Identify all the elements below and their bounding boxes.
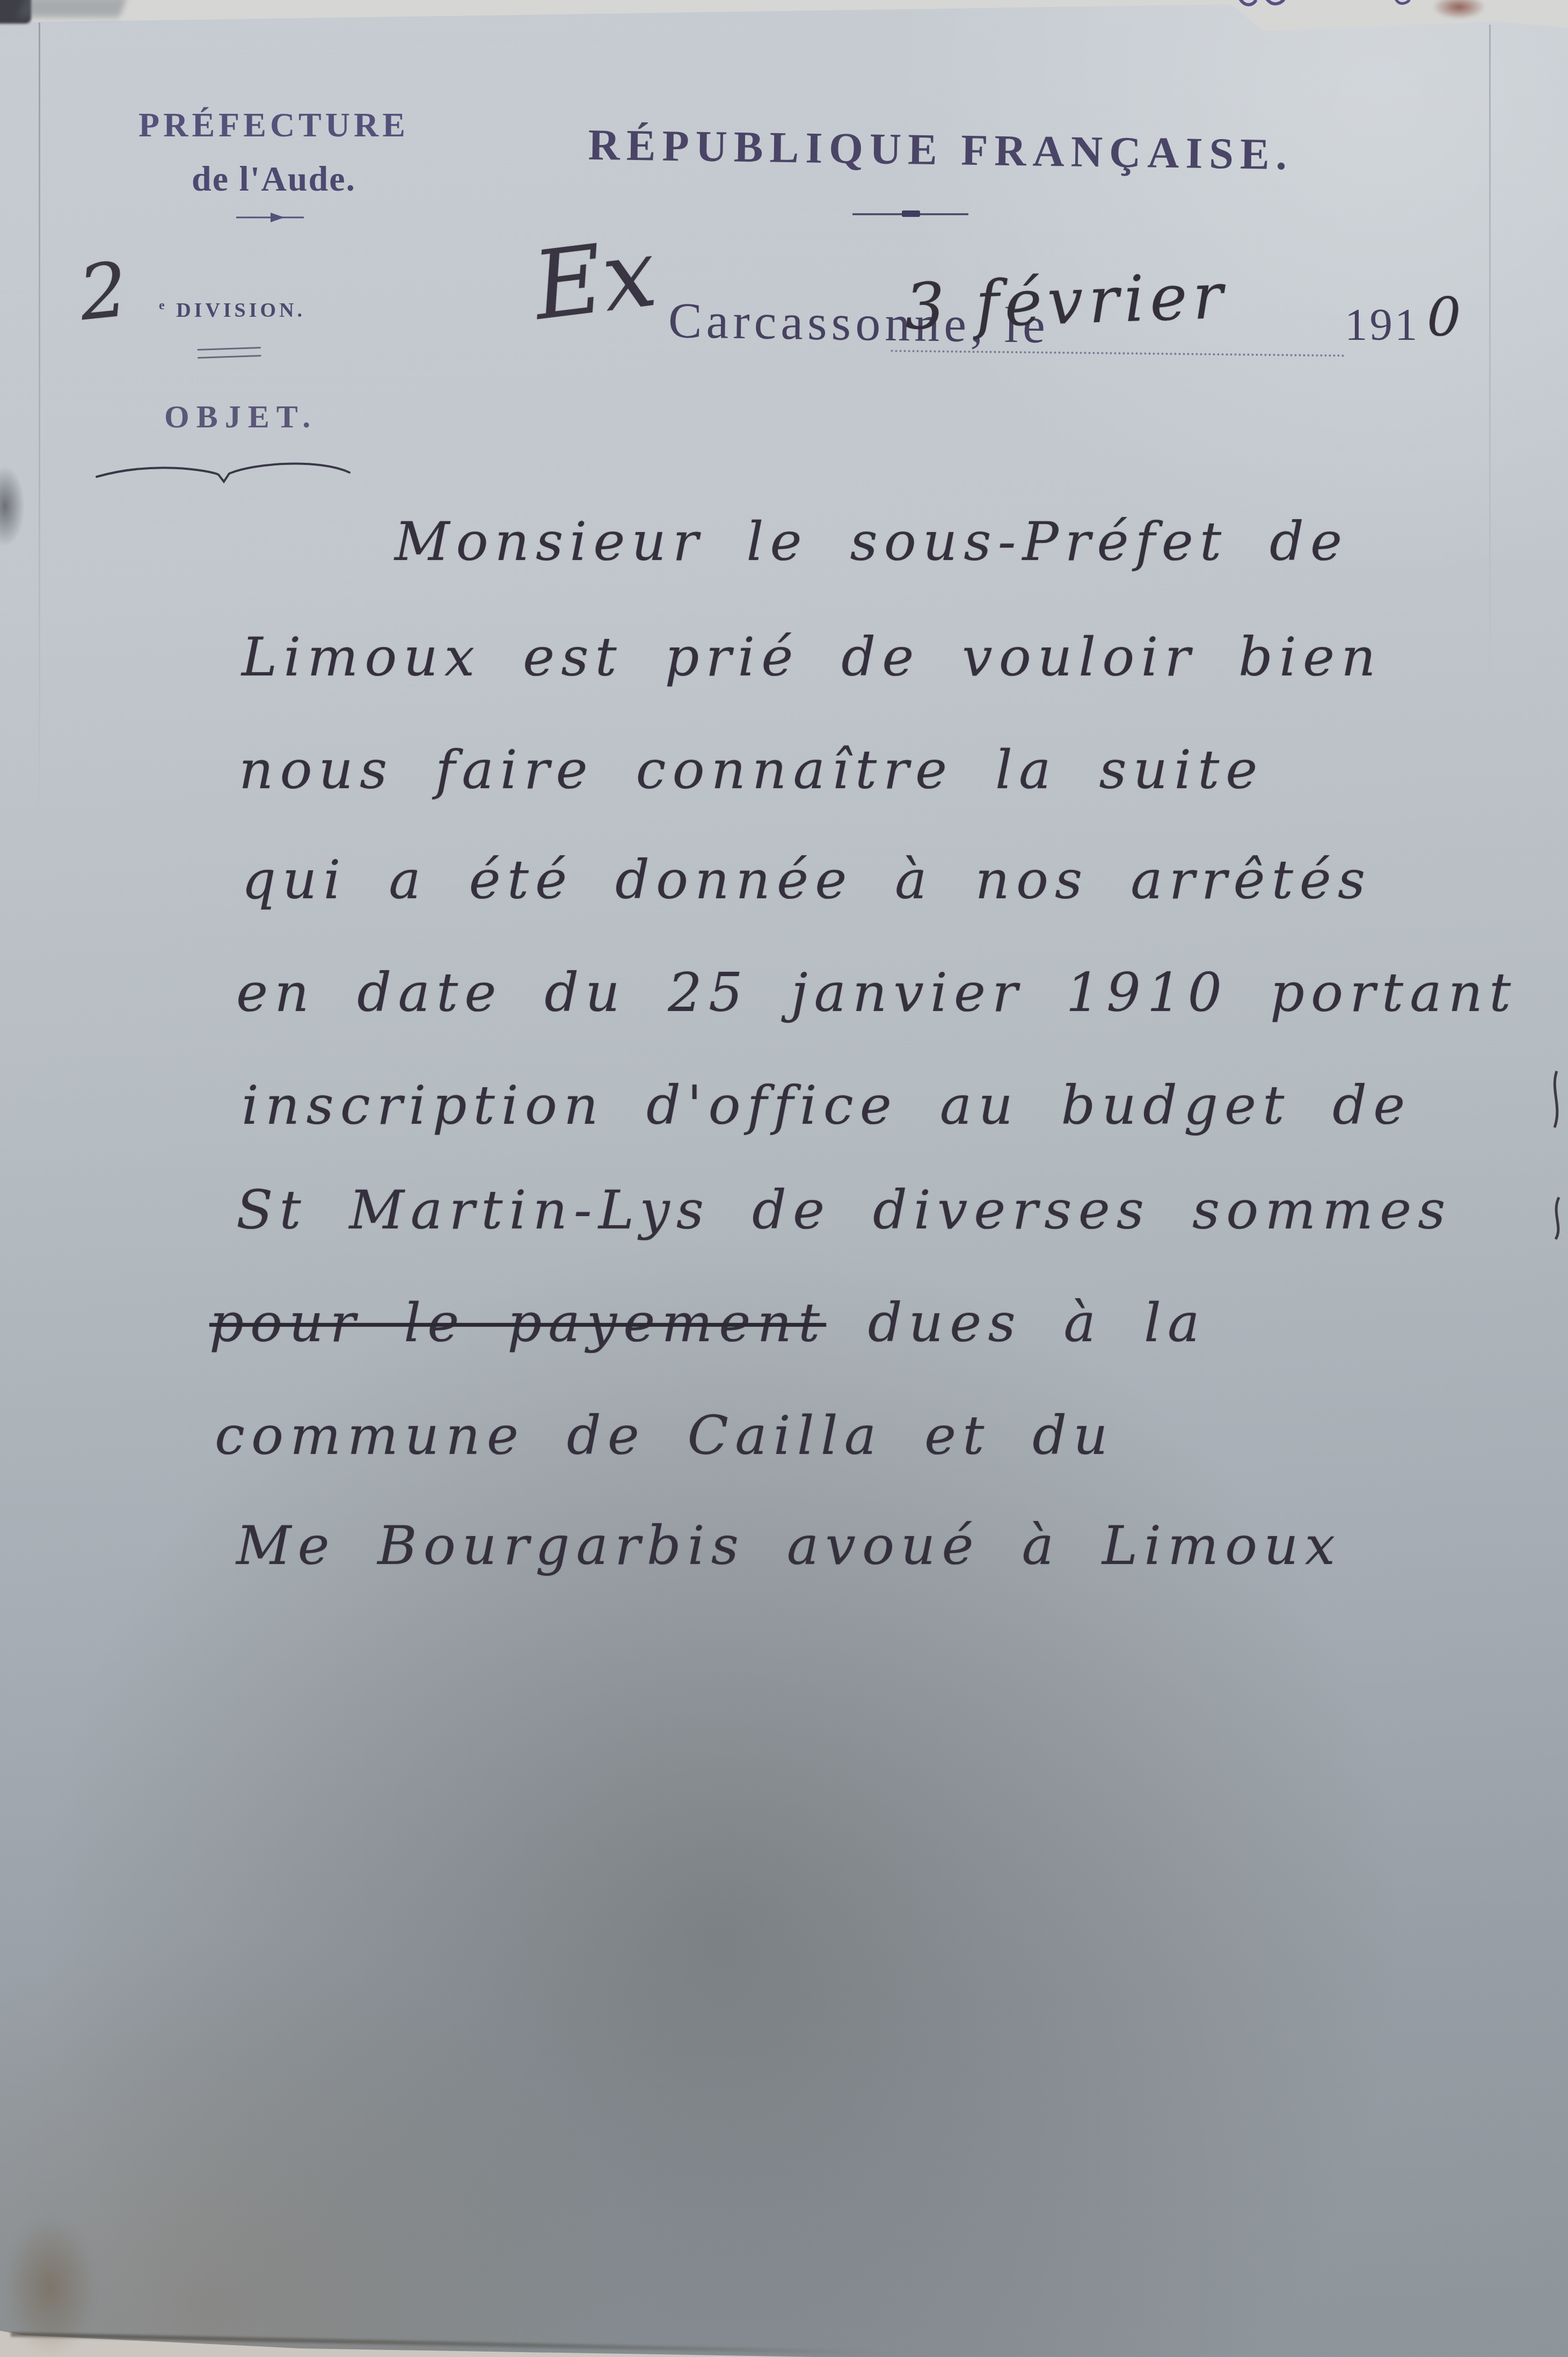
body-line-3: nous faire connaître la suite xyxy=(239,738,1264,801)
photograph-of-letter: PRÉFECTURE de l'Aude. 2 e DIVISION. OBJE… xyxy=(0,0,1568,2357)
left-edge-shadow-blob xyxy=(0,466,25,547)
left-fold-crease xyxy=(39,23,40,828)
dash-ornament-icon xyxy=(852,209,968,218)
division-label: e DIVISION. xyxy=(159,299,305,322)
body-line-6: inscription d'office au budget de xyxy=(242,1074,1411,1137)
republic-title: RÉPUBLIQUE FRANÇAISE. xyxy=(579,120,1302,180)
letter-sheet: PRÉFECTURE de l'Aude. 2 e DIVISION. OBJE… xyxy=(0,0,1568,2357)
top-right-reddish-blob xyxy=(1432,0,1486,19)
double-rule-ornament xyxy=(198,347,261,359)
division-number-handwritten: 2 xyxy=(75,246,132,338)
body-line-7: St Martin-Lys de diverses sommes xyxy=(236,1178,1452,1241)
objet-label: OBJET. xyxy=(164,398,317,435)
brace-ornament-icon xyxy=(94,456,353,490)
division-word: DIVISION. xyxy=(176,299,305,322)
body-line-2: Limoux est prié de vouloir bien xyxy=(242,625,1382,688)
year-digit-handwritten: 0 xyxy=(1427,286,1461,348)
body-line-4: qui a été donnée à nos arrêtés xyxy=(242,848,1372,911)
prefecture-department: de l'Aude. xyxy=(134,159,413,200)
underlying-sheet-edge xyxy=(1489,25,1491,696)
division-exponent: e xyxy=(159,299,168,312)
paraph-mark: Ex xyxy=(528,219,662,341)
body-line-8-rest: dues à la xyxy=(826,1291,1206,1354)
prefecture-title: PRÉFECTURE xyxy=(134,105,413,145)
cropped-ink-marks-icon xyxy=(1235,0,1412,14)
stray-ink-marks-icon xyxy=(1546,1068,1567,1240)
bottom-left-smudge xyxy=(4,2217,96,2357)
body-line-9: commune de Cailla et du xyxy=(215,1404,1114,1467)
body-line-1: Monsieur le sous-Préfet de xyxy=(395,510,1348,573)
body-line-8: pour le payement dues à la xyxy=(209,1291,1206,1354)
body-line-8-struck-text: pour le payement xyxy=(209,1291,826,1354)
top-left-corner-shade xyxy=(18,0,127,17)
arrow-ornament-icon xyxy=(235,208,305,227)
year-printed: 191 xyxy=(1345,299,1420,351)
body-line-5: en date du 25 janvier 1910 portant xyxy=(236,961,1517,1024)
body-line-10: Me Bourgarbis avoué à Limoux xyxy=(236,1514,1341,1577)
date-handwritten: 3 février xyxy=(903,259,1230,344)
